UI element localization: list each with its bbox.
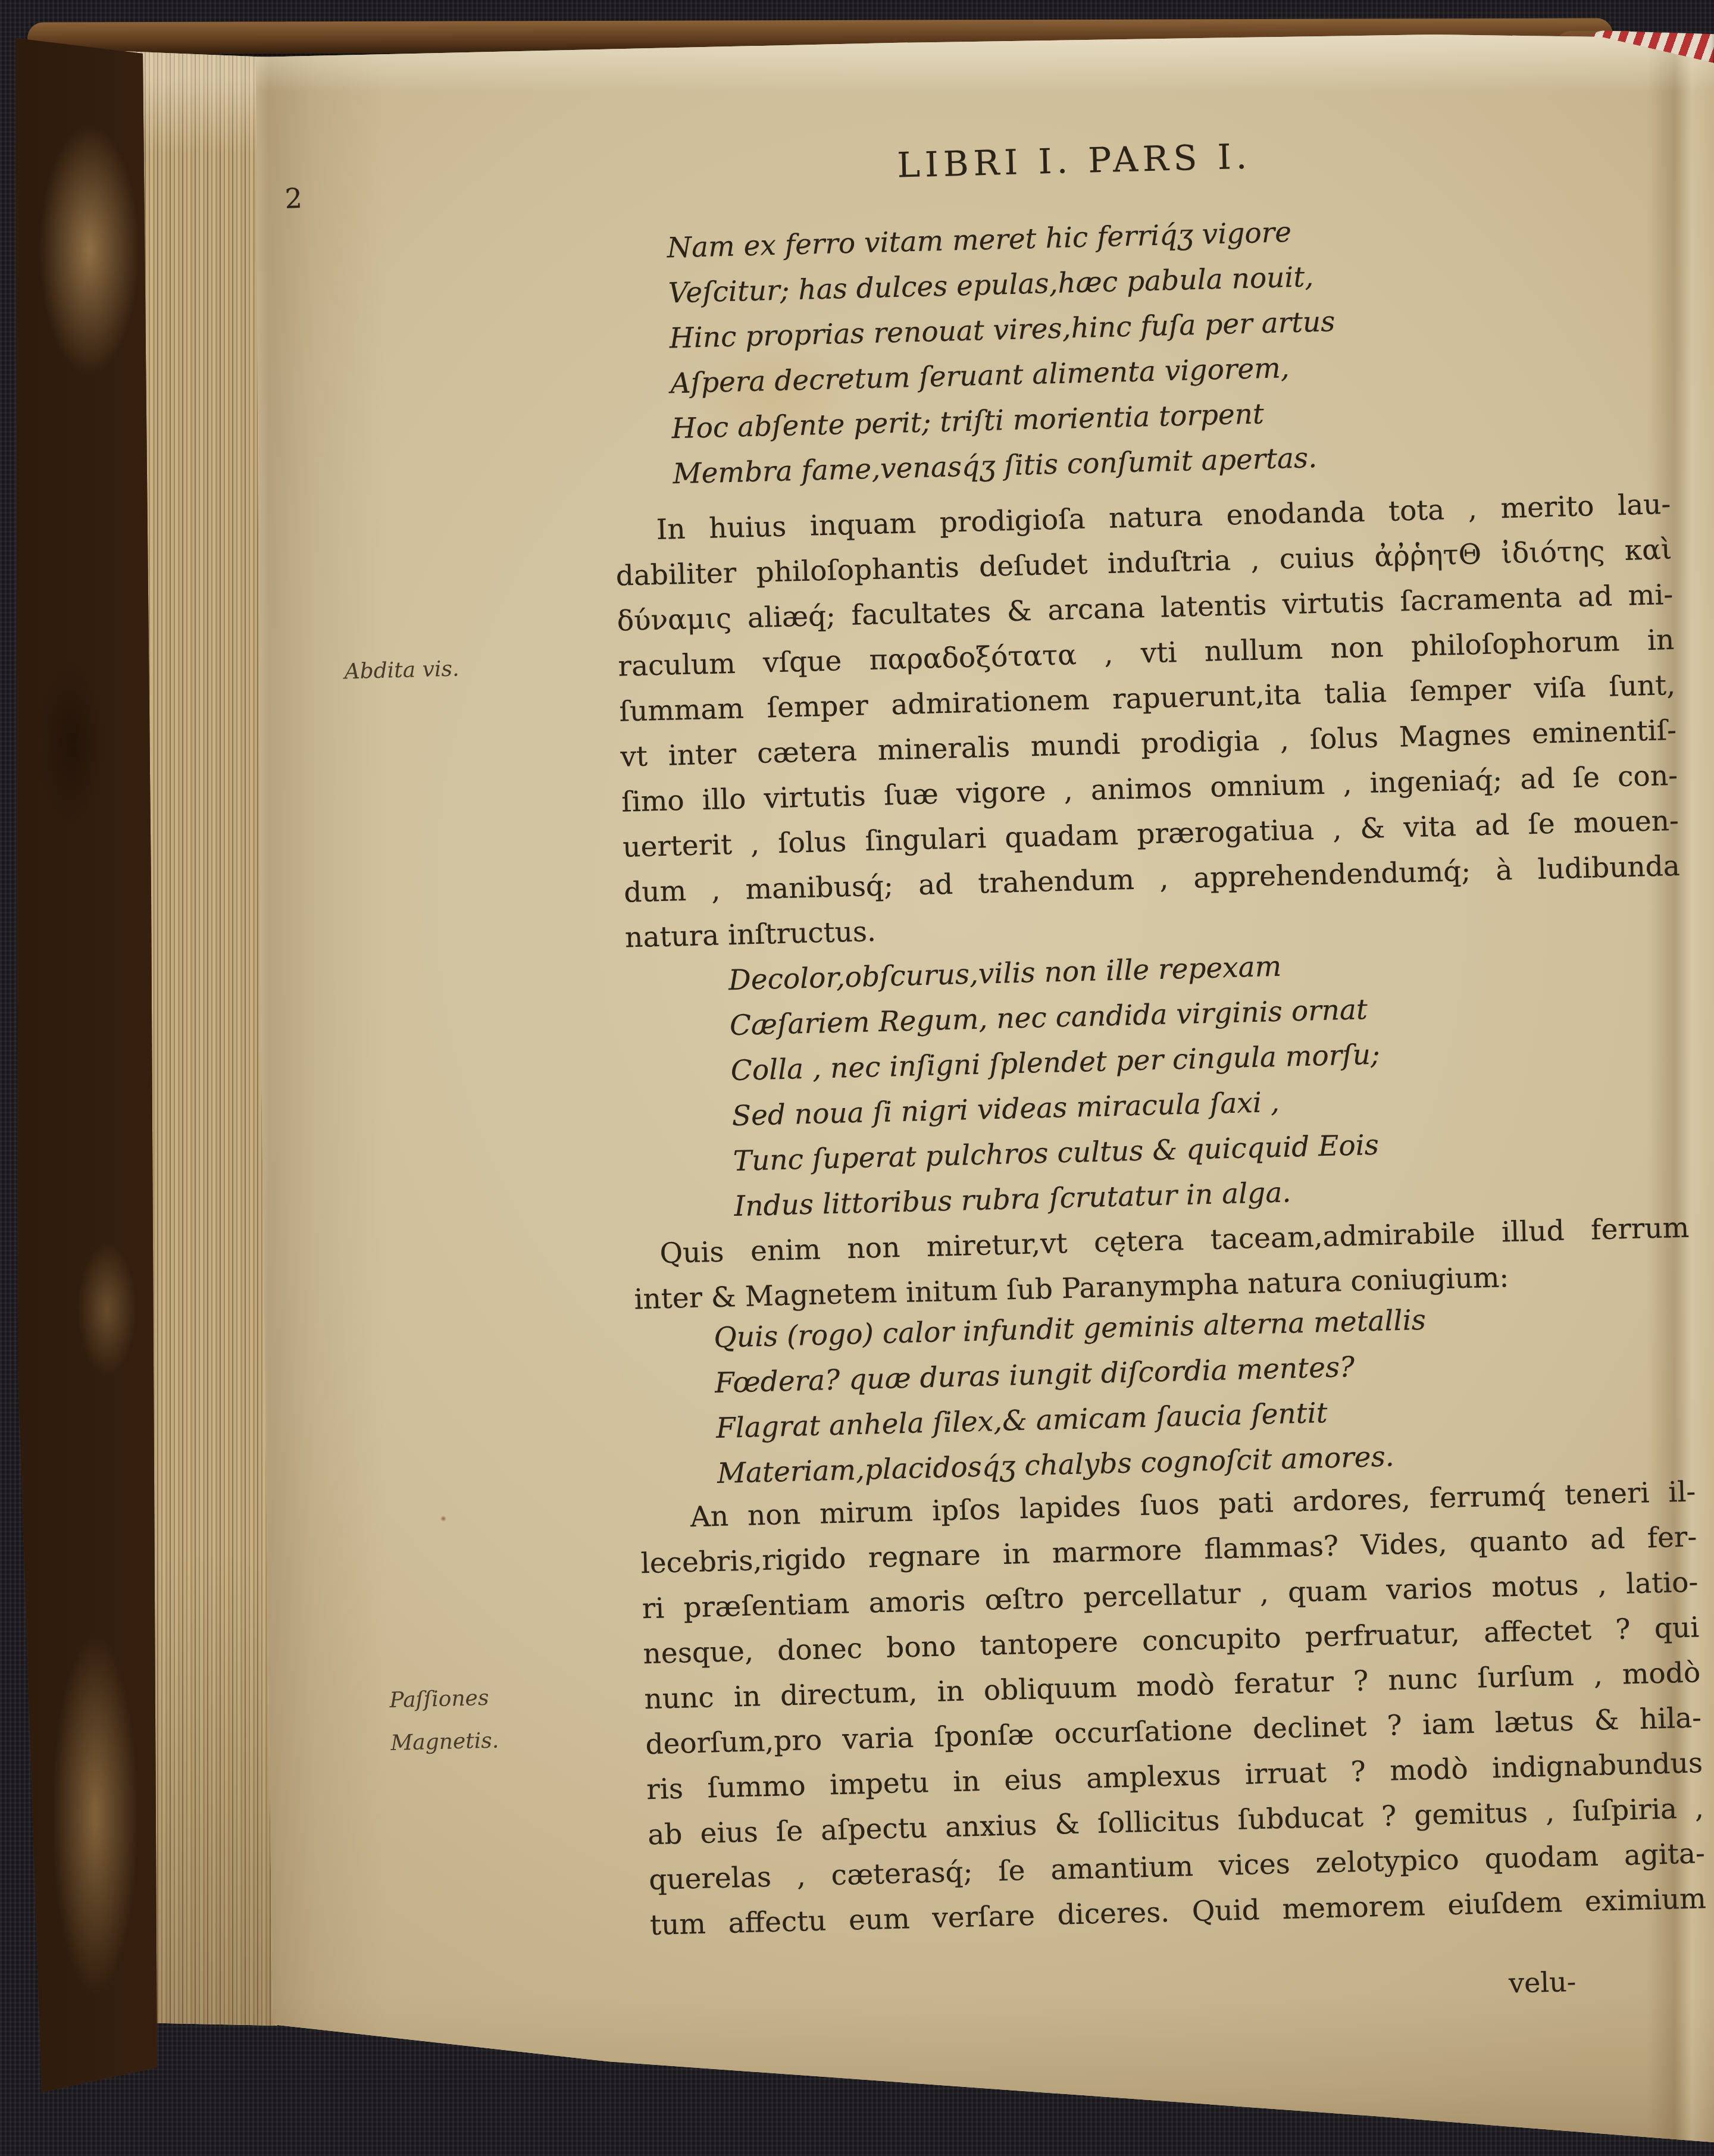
body-paragraph-3: An non mirum ipſos lapides ſuos pati ard… — [639, 1469, 1707, 1948]
running-header: LIBRI I. PARS I. — [897, 134, 1252, 188]
book-photo: 2 LIBRI I. PARS I. Abdita vis. Paſſiones… — [0, 0, 1714, 2156]
margin-note-magnetis: Magnetis. — [390, 1716, 647, 1765]
text-block: 2 LIBRI I. PARS I. Abdita vis. Paſſiones… — [607, 201, 1707, 1948]
margin-note-abdita-vis: Abdita vis. — [344, 644, 601, 694]
body-paragraph-1: In huius inquam prodigioſa natura enodan… — [614, 482, 1682, 961]
catchword: velu- — [1508, 1959, 1577, 2006]
margin-note-passiones: Paſſiones — [389, 1673, 646, 1722]
verse-block-3: Quis (rogo) calor infundit geminis alter… — [634, 1291, 1695, 1498]
verse-block-2: Decolor,obſcurus,vilis non ille repexam … — [625, 934, 1688, 1232]
verse-block-1: Nam ex ferro vitam meret hic ferriq́ʒ vi… — [607, 201, 1670, 499]
page-number: 2 — [284, 176, 303, 221]
